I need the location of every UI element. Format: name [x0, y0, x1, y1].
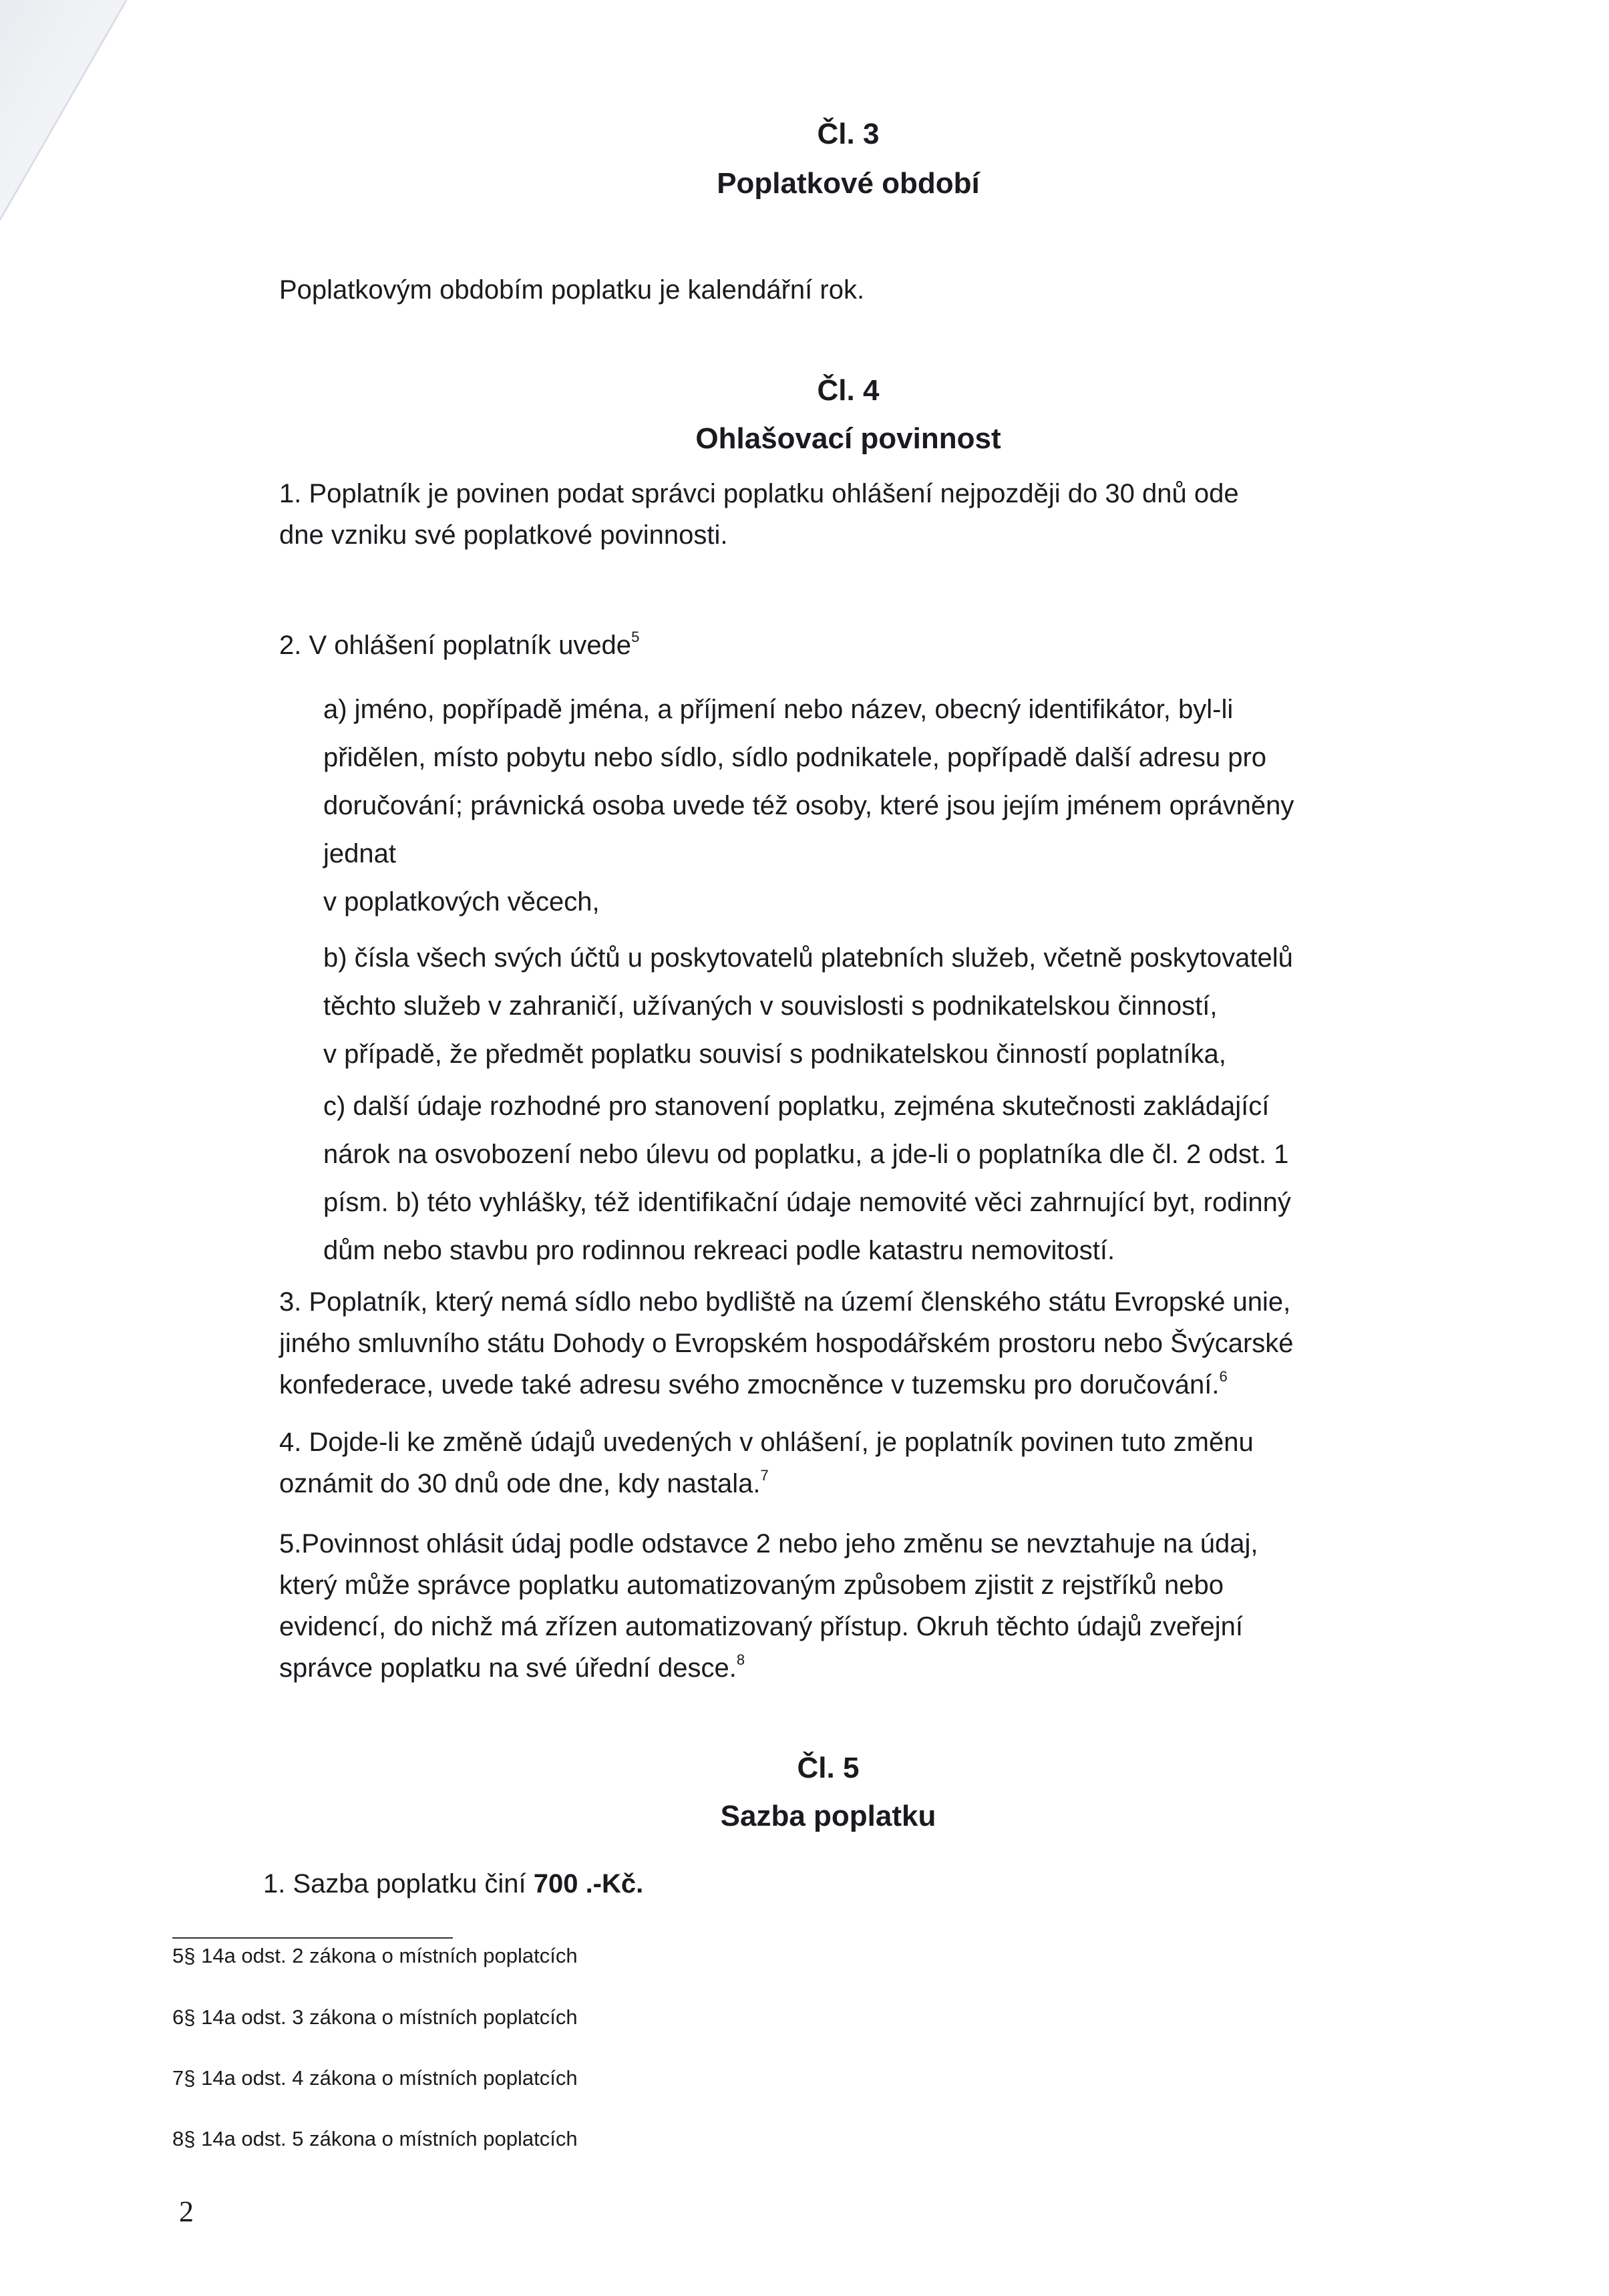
article-4-paragraph-1: 1. Poplatník je povinen podat správci po… — [279, 473, 1239, 556]
footnote-ref[interactable]: 8 — [737, 1651, 745, 1668]
article-4-paragraph-5: 5.Povinnost ohlásit údaj podle odstavce … — [279, 1523, 1258, 1689]
article-4-title: Ohlašovací povinnost — [581, 422, 1115, 456]
paragraph-line: jiného smluvního státu Dohody o Evropské… — [279, 1323, 1294, 1364]
footnote-ref[interactable]: 6 — [1219, 1368, 1227, 1385]
article-5-paragraph-1: 1. Sazba poplatku činí 700 .-Kč. — [263, 1860, 643, 1908]
item-line: přidělen, místo pobytu nebo sídlo, sídlo… — [323, 733, 1294, 782]
paragraph-line: konfederace, uvede také adresu svého zmo… — [279, 1364, 1294, 1406]
paragraph-line: 4. Dojde-li ke změně údajů uvedených v o… — [279, 1422, 1254, 1463]
item-line: dům nebo stavbu pro rodinnou rekreaci po… — [323, 1226, 1291, 1275]
item-line: c) další údaje rozhodné pro stanovení po… — [323, 1082, 1291, 1130]
article-4-item-a: a) jméno, popřípadě jména, a příjmení ne… — [323, 685, 1294, 926]
footnote-5: 5§ 14a odst. 2 zákona o místních poplatc… — [172, 1944, 578, 1968]
article-5-title: Sazba poplatku — [561, 1800, 1095, 1833]
footnote-ref[interactable]: 7 — [761, 1467, 769, 1484]
footnote-ref[interactable]: 5 — [631, 629, 639, 645]
article-3-number: Čl. 3 — [581, 118, 1115, 151]
paragraph-line: 1. Poplatník je povinen podat správci po… — [279, 473, 1239, 514]
item-line: v případě, že předmět poplatku souvisí s… — [323, 1030, 1293, 1078]
paragraph-line: správce poplatku na své úřední desce.8 — [279, 1647, 1258, 1689]
item-line: nárok na osvobození nebo úlevu od poplat… — [323, 1130, 1291, 1178]
item-line: písm. b) této vyhlášky, též identifikačn… — [323, 1178, 1291, 1226]
item-line: b) čísla všech svých účtů u poskytovatel… — [323, 934, 1293, 982]
fee-amount: 700 .-Kč. — [534, 1869, 644, 1899]
paragraph-line: 3. Poplatník, který nemá sídlo nebo bydl… — [279, 1281, 1294, 1323]
paragraph-line: oznámit do 30 dnů ode dne, kdy nastala.7 — [279, 1463, 1254, 1504]
article-3-title: Poplatkové období — [581, 167, 1115, 200]
article-4-paragraph-4: 4. Dojde-li ke změně údajů uvedených v o… — [279, 1422, 1254, 1504]
article-5-number: Čl. 5 — [561, 1752, 1095, 1785]
paragraph-line: evidencí, do nichž má zřízen automatizov… — [279, 1606, 1258, 1647]
item-line: doručování; právnická osoba uvede též os… — [323, 782, 1294, 830]
page-number: 2 — [179, 2194, 194, 2229]
footnote-separator — [172, 1937, 453, 1939]
item-line: v poplatkových věcech, — [323, 878, 1294, 926]
article-4-item-b: b) čísla všech svých účtů u poskytovatel… — [323, 934, 1293, 1078]
article-4-number: Čl. 4 — [581, 374, 1115, 407]
footnote-8: 8§ 14a odst. 5 zákona o místních poplatc… — [172, 2127, 578, 2151]
article-3-text: Poplatkovým obdobím poplatku je kalendář… — [279, 266, 864, 314]
article-4-paragraph-3: 3. Poplatník, který nemá sídlo nebo bydl… — [279, 1281, 1294, 1406]
scan-page-edge — [0, 0, 127, 220]
paragraph-line: dne vzniku své poplatkové povinnosti. — [279, 514, 1239, 556]
paragraph-line: 5.Povinnost ohlásit údaj podle odstavce … — [279, 1523, 1258, 1565]
footnote-6: 6§ 14a odst. 3 zákona o místních poplatc… — [172, 2005, 578, 2029]
paragraph-line: který může správce poplatku automatizova… — [279, 1565, 1258, 1606]
footnote-7: 7§ 14a odst. 4 zákona o místních poplatc… — [172, 2066, 578, 2090]
item-line: a) jméno, popřípadě jména, a příjmení ne… — [323, 685, 1294, 733]
article-4-item-c: c) další údaje rozhodné pro stanovení po… — [323, 1082, 1291, 1275]
item-line: těchto služeb v zahraničí, užívaných v s… — [323, 982, 1293, 1030]
item-line: jednat — [323, 830, 1294, 878]
article-4-paragraph-2-intro: 2. V ohlášení poplatník uvede5 — [279, 621, 639, 669]
